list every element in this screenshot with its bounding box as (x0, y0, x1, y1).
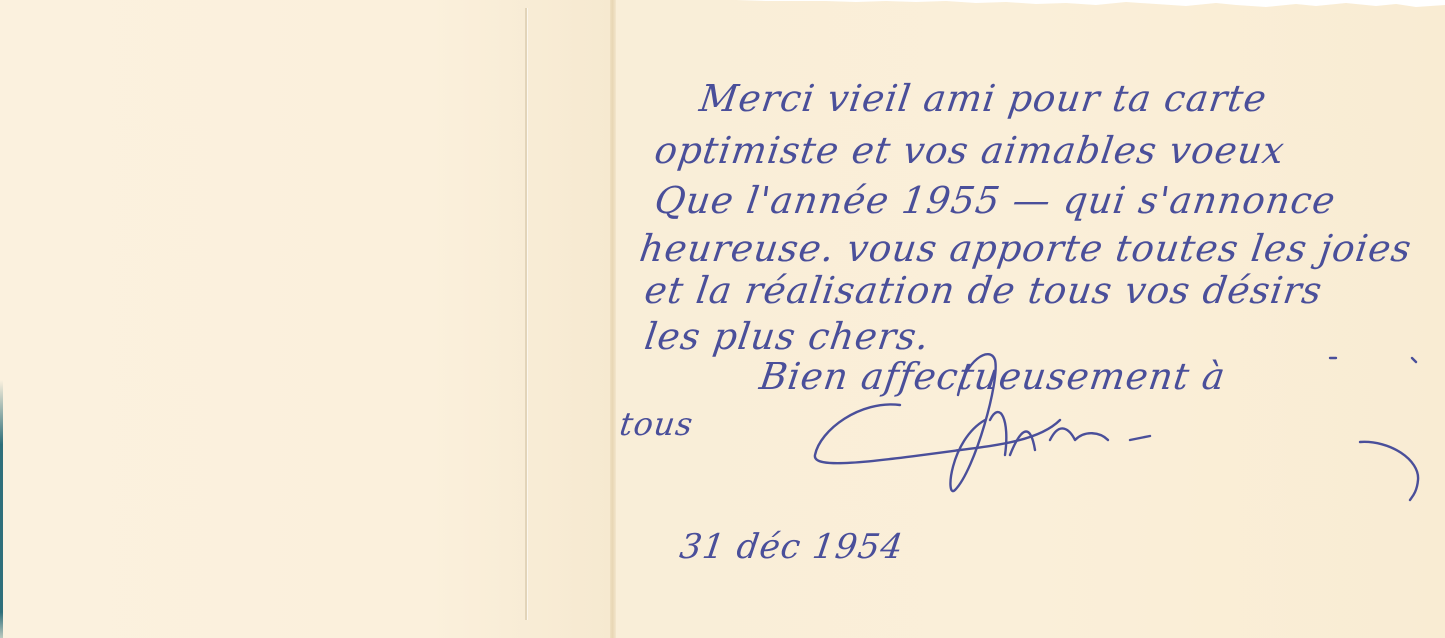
greeting-card: Merci vieil ami pour ta carte optimiste … (0, 0, 1445, 638)
date-text: 31 déc 1954 (678, 530, 906, 564)
